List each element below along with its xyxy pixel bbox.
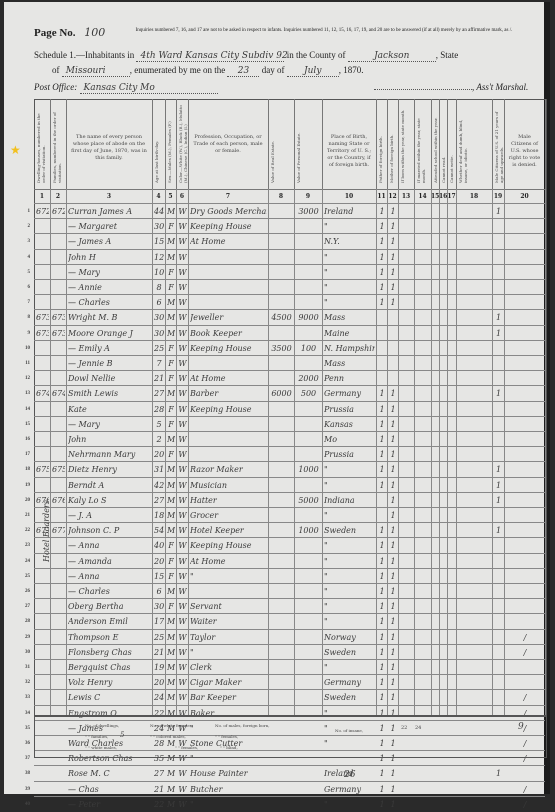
day-of-label: day of bbox=[262, 65, 285, 75]
cell-re bbox=[270, 599, 293, 614]
line-number: 7 bbox=[16, 295, 30, 310]
table-row: 28Anderson Emil17MWWaiter"11 bbox=[34, 613, 545, 629]
marshal-field bbox=[374, 89, 472, 90]
cell-c20 bbox=[506, 417, 544, 432]
cell-m: 1 bbox=[389, 584, 397, 599]
cell-occ: Hatter bbox=[190, 493, 267, 508]
cell-sex: M bbox=[167, 523, 175, 538]
cell-color: W bbox=[178, 508, 187, 523]
cell-name: Volz Henry bbox=[68, 675, 151, 690]
line-number: 17 bbox=[16, 447, 30, 462]
cell-birth: " bbox=[324, 569, 375, 584]
cell-birth: " bbox=[324, 250, 375, 265]
cell-color: W bbox=[178, 280, 187, 295]
cell-birth: N.Y. bbox=[324, 234, 375, 249]
cell-birth: Sweden bbox=[324, 645, 375, 660]
table-row: 1672672Curran James A44MWDry Goods Merch… bbox=[34, 203, 545, 219]
cell-dw bbox=[36, 766, 49, 781]
cell-pe bbox=[296, 690, 321, 705]
cell-re bbox=[270, 645, 293, 660]
cell-c20 bbox=[506, 599, 544, 614]
cell-f bbox=[378, 310, 386, 325]
cell-f: 1 bbox=[378, 417, 386, 432]
dwellings-label: No. of dwellings, bbox=[85, 723, 119, 728]
cell-fam bbox=[52, 675, 65, 690]
cell-pe bbox=[296, 250, 321, 265]
cell-name: — Mary bbox=[68, 265, 151, 280]
cell-sex: F bbox=[167, 417, 175, 432]
cell-name: Rose M. C bbox=[68, 766, 151, 781]
cell-fam bbox=[52, 766, 65, 781]
cell-occ: Hotel Keeper bbox=[190, 523, 267, 538]
cell-m: 1 bbox=[389, 554, 397, 569]
cell-c20 bbox=[506, 508, 544, 523]
column-header-label: If married within the year, state month. bbox=[416, 105, 426, 183]
cell-name: — Charles bbox=[68, 584, 151, 599]
column-header-label: Attended school within the year. bbox=[433, 105, 438, 183]
column-header-label: Value of Personal Estate. bbox=[296, 105, 301, 183]
cell-age: 18 bbox=[154, 508, 164, 523]
cell-pe: 1000 bbox=[296, 523, 321, 538]
cell-dw bbox=[36, 250, 49, 265]
cell-m: 1 bbox=[389, 645, 397, 660]
cell-f: 1 bbox=[378, 645, 386, 660]
white-females-label: No. of white females, bbox=[150, 723, 193, 728]
cell-pe bbox=[296, 295, 321, 310]
cell-sex: M bbox=[167, 690, 175, 705]
cell-c20 bbox=[506, 402, 544, 417]
cell-name: — Anna bbox=[68, 569, 151, 584]
line-number: 3 bbox=[16, 234, 30, 249]
column-header-label: Cannot read. bbox=[441, 105, 446, 183]
cell-pe bbox=[296, 280, 321, 295]
column-header-label: Profession, Occupation, or Trade of each… bbox=[192, 134, 264, 155]
cell-dw bbox=[36, 645, 49, 660]
cell-dw bbox=[36, 614, 49, 629]
cell-color: W bbox=[178, 599, 187, 614]
table-row: 12Dowl Nellie21FWAt Home2000Penn bbox=[34, 370, 545, 386]
census-page: Page No. 100 Inquiries numbered 7, 16, a… bbox=[4, 2, 550, 794]
cell-re bbox=[270, 630, 293, 645]
cell-name: Moore Orange J bbox=[68, 326, 151, 341]
cell-color: W bbox=[178, 630, 187, 645]
table-row: 7— Charles6MW"11 bbox=[34, 294, 545, 310]
cell-name: Kate bbox=[68, 402, 151, 417]
cell-sex: M bbox=[167, 432, 175, 447]
cell-fam bbox=[52, 280, 65, 295]
column-header-label: If born within the year, state month. bbox=[400, 105, 405, 183]
column-number-4: 4 bbox=[152, 189, 166, 204]
cell-re bbox=[270, 508, 293, 523]
cell-pe bbox=[296, 675, 321, 690]
cell-sex: M bbox=[167, 310, 175, 325]
cell-occ: Keeping House bbox=[190, 341, 267, 356]
cell-occ: Jeweller bbox=[190, 310, 267, 325]
cell-occ: Dry Goods Merchant bbox=[190, 204, 267, 219]
cell-age: 2 bbox=[154, 432, 164, 447]
cell-m: 1 bbox=[389, 523, 397, 538]
line-number: 16 bbox=[16, 432, 30, 447]
cell-color: W bbox=[178, 493, 187, 508]
bottom-note: 26 bbox=[344, 770, 355, 780]
cell-name: John H bbox=[68, 250, 151, 265]
cell-fam: 674 bbox=[52, 386, 65, 401]
cell-re bbox=[270, 493, 293, 508]
cell-fam bbox=[52, 295, 65, 310]
cell-re bbox=[270, 295, 293, 310]
cell-age: 10 bbox=[154, 265, 164, 280]
line-number: 34 bbox=[16, 706, 30, 721]
cell-c20 bbox=[506, 584, 544, 599]
cell-c19 bbox=[494, 432, 503, 447]
cell-birth: Norway bbox=[324, 630, 375, 645]
cell-color: W bbox=[178, 386, 187, 401]
cell-c20 bbox=[506, 204, 544, 219]
cell-fam: 676 bbox=[52, 493, 65, 508]
cell-color: W bbox=[178, 341, 187, 356]
cell-re bbox=[270, 660, 293, 675]
cell-c20 bbox=[506, 462, 544, 477]
cell-age: 8 bbox=[154, 280, 164, 295]
post-office-line: Post Office: Kansas City Mo bbox=[34, 82, 218, 94]
cell-name: — Jennie B bbox=[68, 356, 151, 371]
cell-f: 1 bbox=[378, 295, 386, 310]
cell-name: — Charles bbox=[68, 295, 151, 310]
cell-birth: Mass bbox=[324, 356, 375, 371]
cell-sex: M bbox=[167, 782, 175, 797]
cell-m bbox=[389, 341, 397, 356]
cell-dw bbox=[36, 584, 49, 599]
cell-pe bbox=[296, 508, 321, 523]
cell-fam: 673 bbox=[52, 310, 65, 325]
cell-pe bbox=[296, 782, 321, 797]
cell-c19 bbox=[494, 584, 503, 599]
cell-color: W bbox=[178, 265, 187, 280]
cell-birth: " bbox=[324, 508, 375, 523]
cell-sex: M bbox=[167, 478, 175, 493]
cell-c20: / bbox=[506, 690, 544, 705]
cell-name: — Chas bbox=[68, 782, 151, 797]
cell-m bbox=[389, 371, 397, 386]
cell-pe: 500 bbox=[296, 386, 321, 401]
cell-birth: " bbox=[324, 478, 375, 493]
column-number-18: 18 bbox=[456, 189, 493, 204]
white-males-label: " " white males, bbox=[85, 745, 117, 750]
cell-sex: F bbox=[167, 265, 175, 280]
cell-dw bbox=[36, 478, 49, 493]
cell-occ bbox=[190, 584, 267, 599]
table-row: 19Berndt A42MWMusician"111 bbox=[34, 477, 545, 493]
cell-c19: 1 bbox=[494, 204, 503, 219]
cell-age: 27 bbox=[154, 766, 164, 781]
cell-c19 bbox=[494, 599, 503, 614]
line-number: 37 bbox=[16, 751, 30, 766]
table-row: 2— Margaret30FWKeeping House"11 bbox=[34, 218, 545, 234]
column-header-8: Value of Real Estate. bbox=[268, 99, 295, 189]
table-row: 22677677Johnson C. P54MWHotel Keeper1000… bbox=[34, 522, 545, 538]
cell-dw bbox=[36, 341, 49, 356]
cell-f: 1 bbox=[378, 265, 386, 280]
table-row: 29Thompson E25MWTaylorNorway11/ bbox=[34, 629, 545, 645]
cell-occ bbox=[190, 295, 267, 310]
cell-pe bbox=[296, 766, 321, 781]
cell-age: 19 bbox=[154, 660, 164, 675]
table-row: 39— Chas21MWButcherGermany11/ bbox=[34, 781, 545, 797]
cell-color: W bbox=[178, 614, 187, 629]
table-row: 6— Annie8FW"11 bbox=[34, 279, 545, 295]
cell-age: 42 bbox=[154, 478, 164, 493]
cell-dw bbox=[36, 371, 49, 386]
cell-color: W bbox=[178, 660, 187, 675]
cell-c19 bbox=[494, 538, 503, 553]
line-number: 15 bbox=[16, 417, 30, 432]
cell-age: 21 bbox=[154, 782, 164, 797]
cell-name: John bbox=[68, 432, 151, 447]
cell-m: 1 bbox=[389, 234, 397, 249]
cell-fam bbox=[52, 538, 65, 553]
cell-age: 54 bbox=[154, 523, 164, 538]
cell-c19 bbox=[494, 341, 503, 356]
marshal-label: , Ass't Marshal. bbox=[472, 82, 528, 92]
tally-col-12: 24 bbox=[415, 725, 421, 731]
cell-pe bbox=[296, 432, 321, 447]
column-header-2: Families, numbered in the order of visit… bbox=[50, 99, 67, 189]
cell-age: 28 bbox=[154, 402, 164, 417]
cell-fam bbox=[52, 569, 65, 584]
cell-m: 1 bbox=[389, 478, 397, 493]
cell-color: W bbox=[178, 478, 187, 493]
cell-c19 bbox=[494, 645, 503, 660]
cell-fam bbox=[52, 690, 65, 705]
cell-age: 21 bbox=[154, 645, 164, 660]
cell-color: W bbox=[178, 219, 187, 234]
page-label: Page No. bbox=[34, 27, 76, 39]
cell-color: W bbox=[178, 782, 187, 797]
table-row: 26— Charles6MW"11 bbox=[34, 583, 545, 599]
table-row: 31Bergquist Chas19MWClerk"11 bbox=[34, 659, 545, 675]
cell-name: Dowl Nellie bbox=[68, 371, 151, 386]
cell-fam bbox=[52, 371, 65, 386]
cell-fam bbox=[52, 508, 65, 523]
cell-sex: M bbox=[167, 766, 175, 781]
cell-c20 bbox=[506, 675, 544, 690]
column-number-3: 3 bbox=[66, 189, 153, 204]
cell-age: 30 bbox=[154, 219, 164, 234]
cell-c19: 1 bbox=[494, 766, 503, 781]
cell-c20 bbox=[506, 554, 544, 569]
cell-re bbox=[270, 675, 293, 690]
cell-birth: " bbox=[324, 538, 375, 553]
cell-birth: Sweden bbox=[324, 523, 375, 538]
line-number: 8 bbox=[16, 310, 30, 325]
cell-occ: Waiter bbox=[190, 614, 267, 629]
county-label: in the County of bbox=[287, 50, 346, 60]
column-header-3: The name of every person whose place of … bbox=[66, 99, 153, 189]
cell-dw bbox=[36, 417, 49, 432]
cell-sex: F bbox=[167, 371, 175, 386]
post-office-field: Kansas City Mo bbox=[80, 83, 218, 94]
cell-pe: 1000 bbox=[296, 462, 321, 477]
cell-birth: Penn bbox=[324, 371, 375, 386]
cell-occ bbox=[190, 447, 267, 462]
cell-f: 1 bbox=[378, 219, 386, 234]
cell-dw: 673 bbox=[36, 310, 49, 325]
cell-sex: M bbox=[167, 645, 175, 660]
cell-re bbox=[270, 280, 293, 295]
column-header-label: Mother of foreign birth. bbox=[389, 105, 394, 183]
cell-pe bbox=[296, 660, 321, 675]
cell-re bbox=[270, 250, 293, 265]
cell-c20 bbox=[506, 538, 544, 553]
cell-pe: 9000 bbox=[296, 310, 321, 325]
cell-f: 1 bbox=[378, 554, 386, 569]
cell-c20 bbox=[506, 432, 544, 447]
table-row: 20676676Kaly Lo S27MWHatter5000Indiana11 bbox=[34, 492, 545, 508]
cell-f: 1 bbox=[378, 675, 386, 690]
post-office-label: Post Office: bbox=[34, 82, 77, 92]
cell-pe bbox=[296, 599, 321, 614]
cell-c19 bbox=[494, 356, 503, 371]
cell-occ bbox=[190, 280, 267, 295]
column-header-14: If married within the year, state month. bbox=[414, 99, 432, 189]
cell-m: 1 bbox=[389, 402, 397, 417]
column-header-7: Profession, Occupation, or Trade of each… bbox=[188, 99, 269, 189]
cell-age: 15 bbox=[154, 234, 164, 249]
cell-c19 bbox=[494, 508, 503, 523]
cell-c20 bbox=[506, 280, 544, 295]
cell-age: 20 bbox=[154, 675, 164, 690]
cell-birth: Germany bbox=[324, 675, 375, 690]
table-row: 17Nehrmann Mary20FWPrussia11 bbox=[34, 446, 545, 462]
table-row: 40— Peter22MW""11/ bbox=[34, 796, 545, 800]
cell-name: Berndt A bbox=[68, 478, 151, 493]
cell-re bbox=[270, 432, 293, 447]
star-icon[interactable]: ★ bbox=[10, 143, 21, 157]
cell-dw: 672 bbox=[36, 204, 49, 219]
cell-color: W bbox=[178, 447, 187, 462]
cell-c20 bbox=[506, 356, 544, 371]
table-row: 24— Amanda20FWAt Home"11 bbox=[34, 553, 545, 569]
cell-color: W bbox=[178, 250, 187, 265]
cell-age: 44 bbox=[154, 204, 164, 219]
cell-fam bbox=[52, 599, 65, 614]
line-number: 36 bbox=[16, 736, 30, 751]
cell-pe bbox=[296, 417, 321, 432]
cell-f: 1 bbox=[378, 462, 386, 477]
cell-dw bbox=[36, 295, 49, 310]
cell-f: 1 bbox=[378, 660, 386, 675]
table-row: 14Kate28FWKeeping HousePrussia11 bbox=[34, 401, 545, 417]
cell-dw bbox=[36, 675, 49, 690]
cell-c20 bbox=[506, 219, 544, 234]
cell-birth: Prussia bbox=[324, 447, 375, 462]
line-number: 10 bbox=[16, 341, 30, 356]
cell-occ bbox=[190, 356, 267, 371]
column-header-20: Male Citizens of U.S. whose right to vot… bbox=[504, 99, 546, 189]
cell-name: — J. A bbox=[68, 508, 151, 523]
cell-f: 1 bbox=[378, 599, 386, 614]
cell-sex: M bbox=[167, 660, 175, 675]
cell-occ: Keeping House bbox=[190, 402, 267, 417]
cell-color: W bbox=[178, 295, 187, 310]
cell-color: W bbox=[178, 690, 187, 705]
line-number: 22 bbox=[16, 523, 30, 538]
table-row: 9673673Moore Orange J30MWBook KeeperMain… bbox=[34, 325, 545, 341]
column-number-9: 9 bbox=[294, 189, 323, 204]
table-row: 23— Anna40FWKeeping House"11 bbox=[34, 537, 545, 553]
cell-c19: 1 bbox=[494, 462, 503, 477]
cell-dw bbox=[36, 219, 49, 234]
cell-m: 1 bbox=[389, 660, 397, 675]
cell-age: 27 bbox=[154, 493, 164, 508]
cell-c19 bbox=[494, 234, 503, 249]
line-number: 33 bbox=[16, 690, 30, 705]
cell-re bbox=[270, 614, 293, 629]
cell-age: 40 bbox=[154, 538, 164, 553]
cell-f bbox=[378, 508, 386, 523]
cell-name: Nehrmann Mary bbox=[68, 447, 151, 462]
cell-dw bbox=[36, 569, 49, 584]
cell-m: 1 bbox=[389, 508, 397, 523]
cell-c19 bbox=[494, 219, 503, 234]
cell-sex: M bbox=[167, 295, 175, 310]
column-header-label: Father of foreign birth. bbox=[378, 105, 383, 183]
line-number: 35 bbox=[16, 721, 30, 736]
cell-f: 1 bbox=[378, 478, 386, 493]
cell-pe bbox=[296, 356, 321, 371]
cell-birth: Prussia bbox=[324, 402, 375, 417]
cell-name: Anderson Emil bbox=[68, 614, 151, 629]
line-number: 25 bbox=[16, 569, 30, 584]
cell-pe bbox=[296, 584, 321, 599]
cell-name: Oberg Bertha bbox=[68, 599, 151, 614]
cell-fam bbox=[52, 660, 65, 675]
line-number: 19 bbox=[16, 478, 30, 493]
cell-fam bbox=[52, 447, 65, 462]
cell-color: W bbox=[178, 675, 187, 690]
column-header-label: Male Citizens of U.S. of 21 years of age… bbox=[494, 105, 504, 183]
state-field: Missouri bbox=[62, 66, 130, 77]
insane-label: No. of insane, bbox=[335, 728, 363, 733]
cell-sex: F bbox=[167, 341, 175, 356]
column-divider bbox=[545, 189, 546, 715]
cell-re bbox=[270, 690, 293, 705]
schedule-label: Schedule 1.—Inhabitants in bbox=[34, 50, 134, 60]
cell-c19: 1 bbox=[494, 326, 503, 341]
cell-m: 1 bbox=[389, 538, 397, 553]
cell-fam: 673 bbox=[52, 326, 65, 341]
cell-sex: F bbox=[167, 538, 175, 553]
cell-birth: Sweden bbox=[324, 690, 375, 705]
cell-color: W bbox=[178, 569, 187, 584]
cell-age: 30 bbox=[154, 310, 164, 325]
cell-fam bbox=[52, 782, 65, 797]
cell-name: — Mary bbox=[68, 417, 151, 432]
cell-color: W bbox=[178, 417, 187, 432]
colored-males-label: " " colored males, bbox=[150, 734, 186, 739]
cell-color: W bbox=[178, 371, 187, 386]
cell-m: 1 bbox=[389, 690, 397, 705]
cell-fam bbox=[52, 219, 65, 234]
cell-age: 30 bbox=[154, 599, 164, 614]
cell-f bbox=[378, 371, 386, 386]
table-row: 10— Emily A25FWKeeping House3500100N. Ha… bbox=[34, 340, 545, 356]
line-number: 32 bbox=[16, 675, 30, 690]
cell-sex: M bbox=[167, 493, 175, 508]
line-number: 13 bbox=[16, 386, 30, 401]
cell-c19 bbox=[494, 554, 503, 569]
cell-f bbox=[378, 493, 386, 508]
